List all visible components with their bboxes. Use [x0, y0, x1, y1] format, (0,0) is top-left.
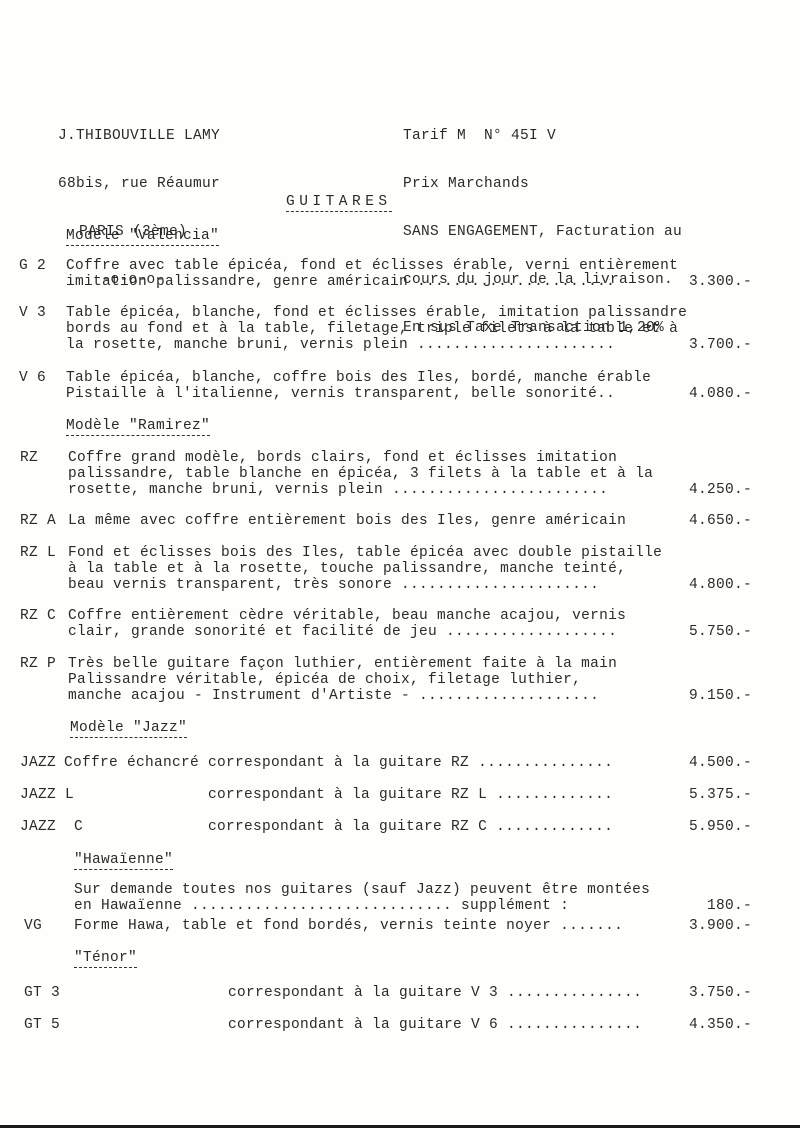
section-heading: Modèle "Jazz" [70, 720, 187, 738]
description-line: Très belle guitare façon luthier, entièr… [68, 656, 617, 672]
description-line: Forme Hawa, table et fond bordés, vernis… [74, 918, 623, 934]
item-price: 4.350.- [689, 1017, 752, 1033]
description-line: Palissandre véritable, épicéa de choix, … [68, 672, 617, 688]
item-code: RZ A [20, 513, 56, 529]
description-line: palissandre, table blanche en épicéa, 3 … [68, 466, 653, 482]
description-line: Coffre grand modèle, bords clairs, fond … [68, 450, 653, 466]
description-line: La même avec coffre entièrement bois des… [68, 513, 626, 529]
page-title: GUITARES [286, 194, 392, 212]
item-code: RZ C [20, 608, 56, 624]
item-description: Coffre échancré correspondant à la guita… [64, 755, 613, 771]
item-description: correspondant à la guitare V 6 .........… [228, 1017, 642, 1033]
description-line: en Hawaïenne ...........................… [74, 898, 650, 914]
description-line: Sur demande toutes nos guitares (sauf Ja… [74, 882, 650, 898]
item-price: 3.900.- [689, 918, 752, 934]
item-price: 4.800.- [689, 577, 752, 593]
description-line: bords au fond et à la table, filetage, t… [66, 321, 687, 337]
description-line: beau vernis transparent, très sonore ...… [68, 577, 662, 593]
description-line: imitation palissandre, genre américain .… [66, 274, 678, 290]
description-line: Coffre entièrement cèdre véritable, beau… [68, 608, 626, 624]
item-description: Coffre avec table épicéa, fond et écliss… [66, 258, 678, 290]
item-description: Forme Hawa, table et fond bordés, vernis… [74, 918, 623, 934]
tariff-number: Tarif M N° 45I V [403, 128, 682, 144]
section-heading: Modèle "Ramirez" [66, 418, 210, 436]
item-code: GT 5 [24, 1017, 60, 1033]
item-price: 5.750.- [689, 624, 752, 640]
item-price: 4.080.- [689, 386, 752, 402]
terms-line-1: SANS ENGAGEMENT, Facturation au [403, 224, 682, 240]
item-description: Sur demande toutes nos guitares (sauf Ja… [74, 882, 650, 914]
item-price: 5.950.- [689, 819, 752, 835]
item-price: 4.500.- [689, 755, 752, 771]
description-line: Fond et éclisses bois des Iles, table ép… [68, 545, 662, 561]
description-line: correspondant à la guitare V 6 .........… [228, 1017, 642, 1033]
item-description: Table épicéa, blanche, fond et éclisses … [66, 305, 687, 353]
item-code: JAZZ [20, 755, 56, 771]
item-code: VG [24, 918, 42, 934]
section-heading: Modèle "Valencia" [66, 228, 219, 246]
description-line: Coffre avec table épicéa, fond et écliss… [66, 258, 678, 274]
item-code: V 3 [19, 305, 46, 321]
item-description: correspondant à la guitare V 3 .........… [228, 985, 642, 1001]
street-address: 68bis, rue Réaumur [58, 176, 208, 192]
item-price: 3.700.- [689, 337, 752, 353]
item-description: correspondant à la guitare RZ L ........… [64, 787, 613, 803]
item-price: 3.750.- [689, 985, 752, 1001]
price-list-page: J.THIBOUVILLE LAMY 68bis, rue Réaumur PA… [0, 0, 800, 1128]
section-heading: "Hawaïenne" [74, 852, 173, 870]
item-price: 5.375.- [689, 787, 752, 803]
description-line: Table épicéa, blanche, coffre bois des I… [66, 370, 651, 386]
description-line: Coffre échancré correspondant à la guita… [64, 755, 613, 771]
description-line: la rosette, manche bruni, vernis plein .… [66, 337, 687, 353]
item-description: Coffre grand modèle, bords clairs, fond … [68, 450, 653, 498]
description-line: correspondant à la guitare RZ C ........… [64, 819, 613, 835]
item-description: Coffre entièrement cèdre véritable, beau… [68, 608, 626, 640]
description-line: correspondant à la guitare V 3 .........… [228, 985, 642, 1001]
description-line: manche acajou - Instrument d'Artiste - .… [68, 688, 617, 704]
item-code: G 2 [19, 258, 46, 274]
item-code: RZ L [20, 545, 56, 561]
item-code: RZ P [20, 656, 56, 672]
item-code: RZ [20, 450, 38, 466]
item-description: Fond et éclisses bois des Iles, table ép… [68, 545, 662, 593]
description-line: Pistaille à l'italienne, vernis transpar… [66, 386, 651, 402]
description-line: correspondant à la guitare RZ L ........… [64, 787, 613, 803]
item-price: 9.150.- [689, 688, 752, 704]
item-description: Très belle guitare façon luthier, entièr… [68, 656, 617, 704]
price-type: Prix Marchands [403, 176, 682, 192]
description-line: clair, grande sonorité et facilité de je… [68, 624, 626, 640]
item-description: La même avec coffre entièrement bois des… [68, 513, 626, 529]
description-line: Table épicéa, blanche, fond et éclisses … [66, 305, 687, 321]
description-line: à la table et à la rosette, touche palis… [68, 561, 662, 577]
item-price: 4.250.- [689, 482, 752, 498]
item-price: 180.- [707, 898, 752, 914]
item-description: correspondant à la guitare RZ C ........… [64, 819, 613, 835]
description-line: rosette, manche bruni, vernis plein ....… [68, 482, 653, 498]
company-name: J.THIBOUVILLE LAMY [58, 128, 208, 144]
item-price: 3.300.- [689, 274, 752, 290]
section-heading: "Ténor" [74, 950, 137, 968]
item-code: GT 3 [24, 985, 60, 1001]
item-description: Table épicéa, blanche, coffre bois des I… [66, 370, 651, 402]
item-price: 4.650.- [689, 513, 752, 529]
item-code: V 6 [19, 370, 46, 386]
